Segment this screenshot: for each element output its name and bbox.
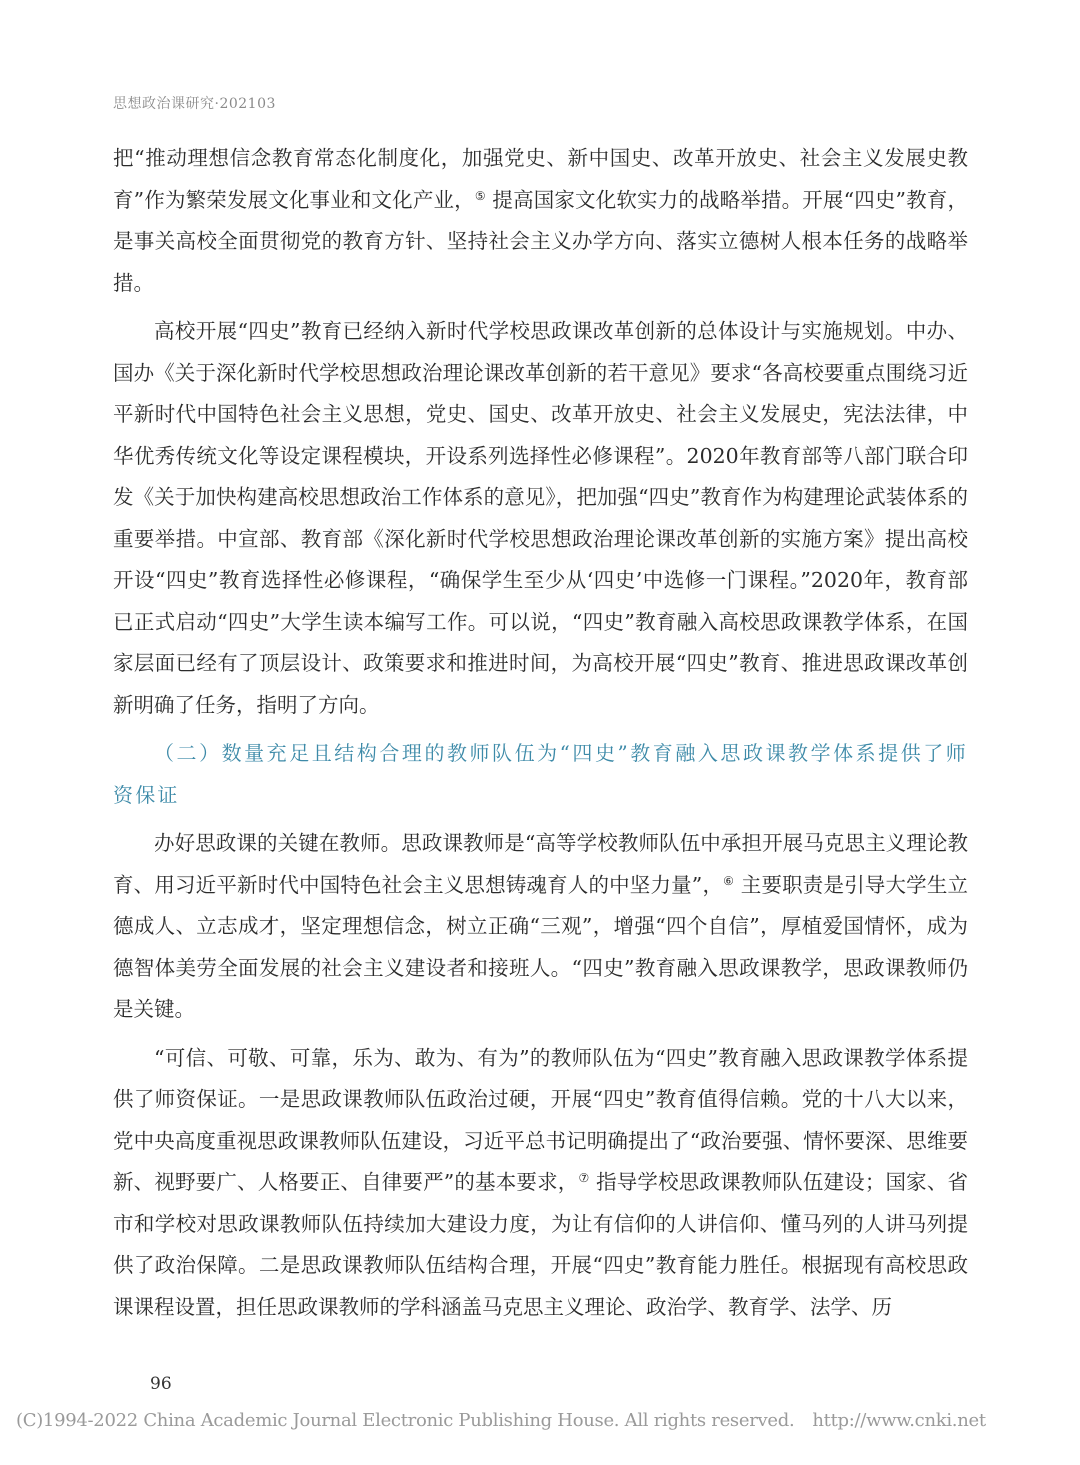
paragraph-4: “可信、可敬、可靠，乐为、敢为、有为”的教师队伍为“四史”教育融入思政课教学体系… xyxy=(113,1038,968,1329)
running-header: 思想政治课研究·202103 xyxy=(113,93,276,113)
copyright-text: (C)1994-2022 China Academic Journal Elec… xyxy=(16,1410,794,1431)
footnote-marker-5[interactable]: ⑤ xyxy=(475,189,486,203)
page-number: 96 xyxy=(150,1374,172,1394)
copyright-footer: (C)1994-2022 China Academic Journal Elec… xyxy=(16,1410,986,1431)
paragraph-1: 把“推动理想信念教育常态化制度化，加强党史、新中国史、改革开放史、社会主义发展史… xyxy=(113,138,968,304)
paragraph-3: 办好思政课的关键在教师。思政课教师是“高等学校教师队伍中承担开展马克思主义理论教… xyxy=(113,823,968,1031)
cnki-link[interactable]: http://www.cnki.net xyxy=(812,1410,985,1431)
article-body: 把“推动理想信念教育常态化制度化，加强党史、新中国史、改革开放史、社会主义发展史… xyxy=(113,138,968,1328)
paragraph-2: 高校开展“四史”教育已经纳入新时代学校思政课改革创新的总体设计与实施规划。中办、… xyxy=(113,311,968,726)
section-heading: （二）数量充足且结构合理的教师队伍为“四史”教育融入思政课教学体系提供了师资保证 xyxy=(113,733,968,816)
footnote-marker-7[interactable]: ⑦ xyxy=(578,1171,589,1185)
footnote-marker-6[interactable]: ⑥ xyxy=(723,874,734,888)
paragraph-text: 高校开展“四史”教育已经纳入新时代学校思政课改革创新的总体设计与实施规划。中办、… xyxy=(113,319,968,717)
